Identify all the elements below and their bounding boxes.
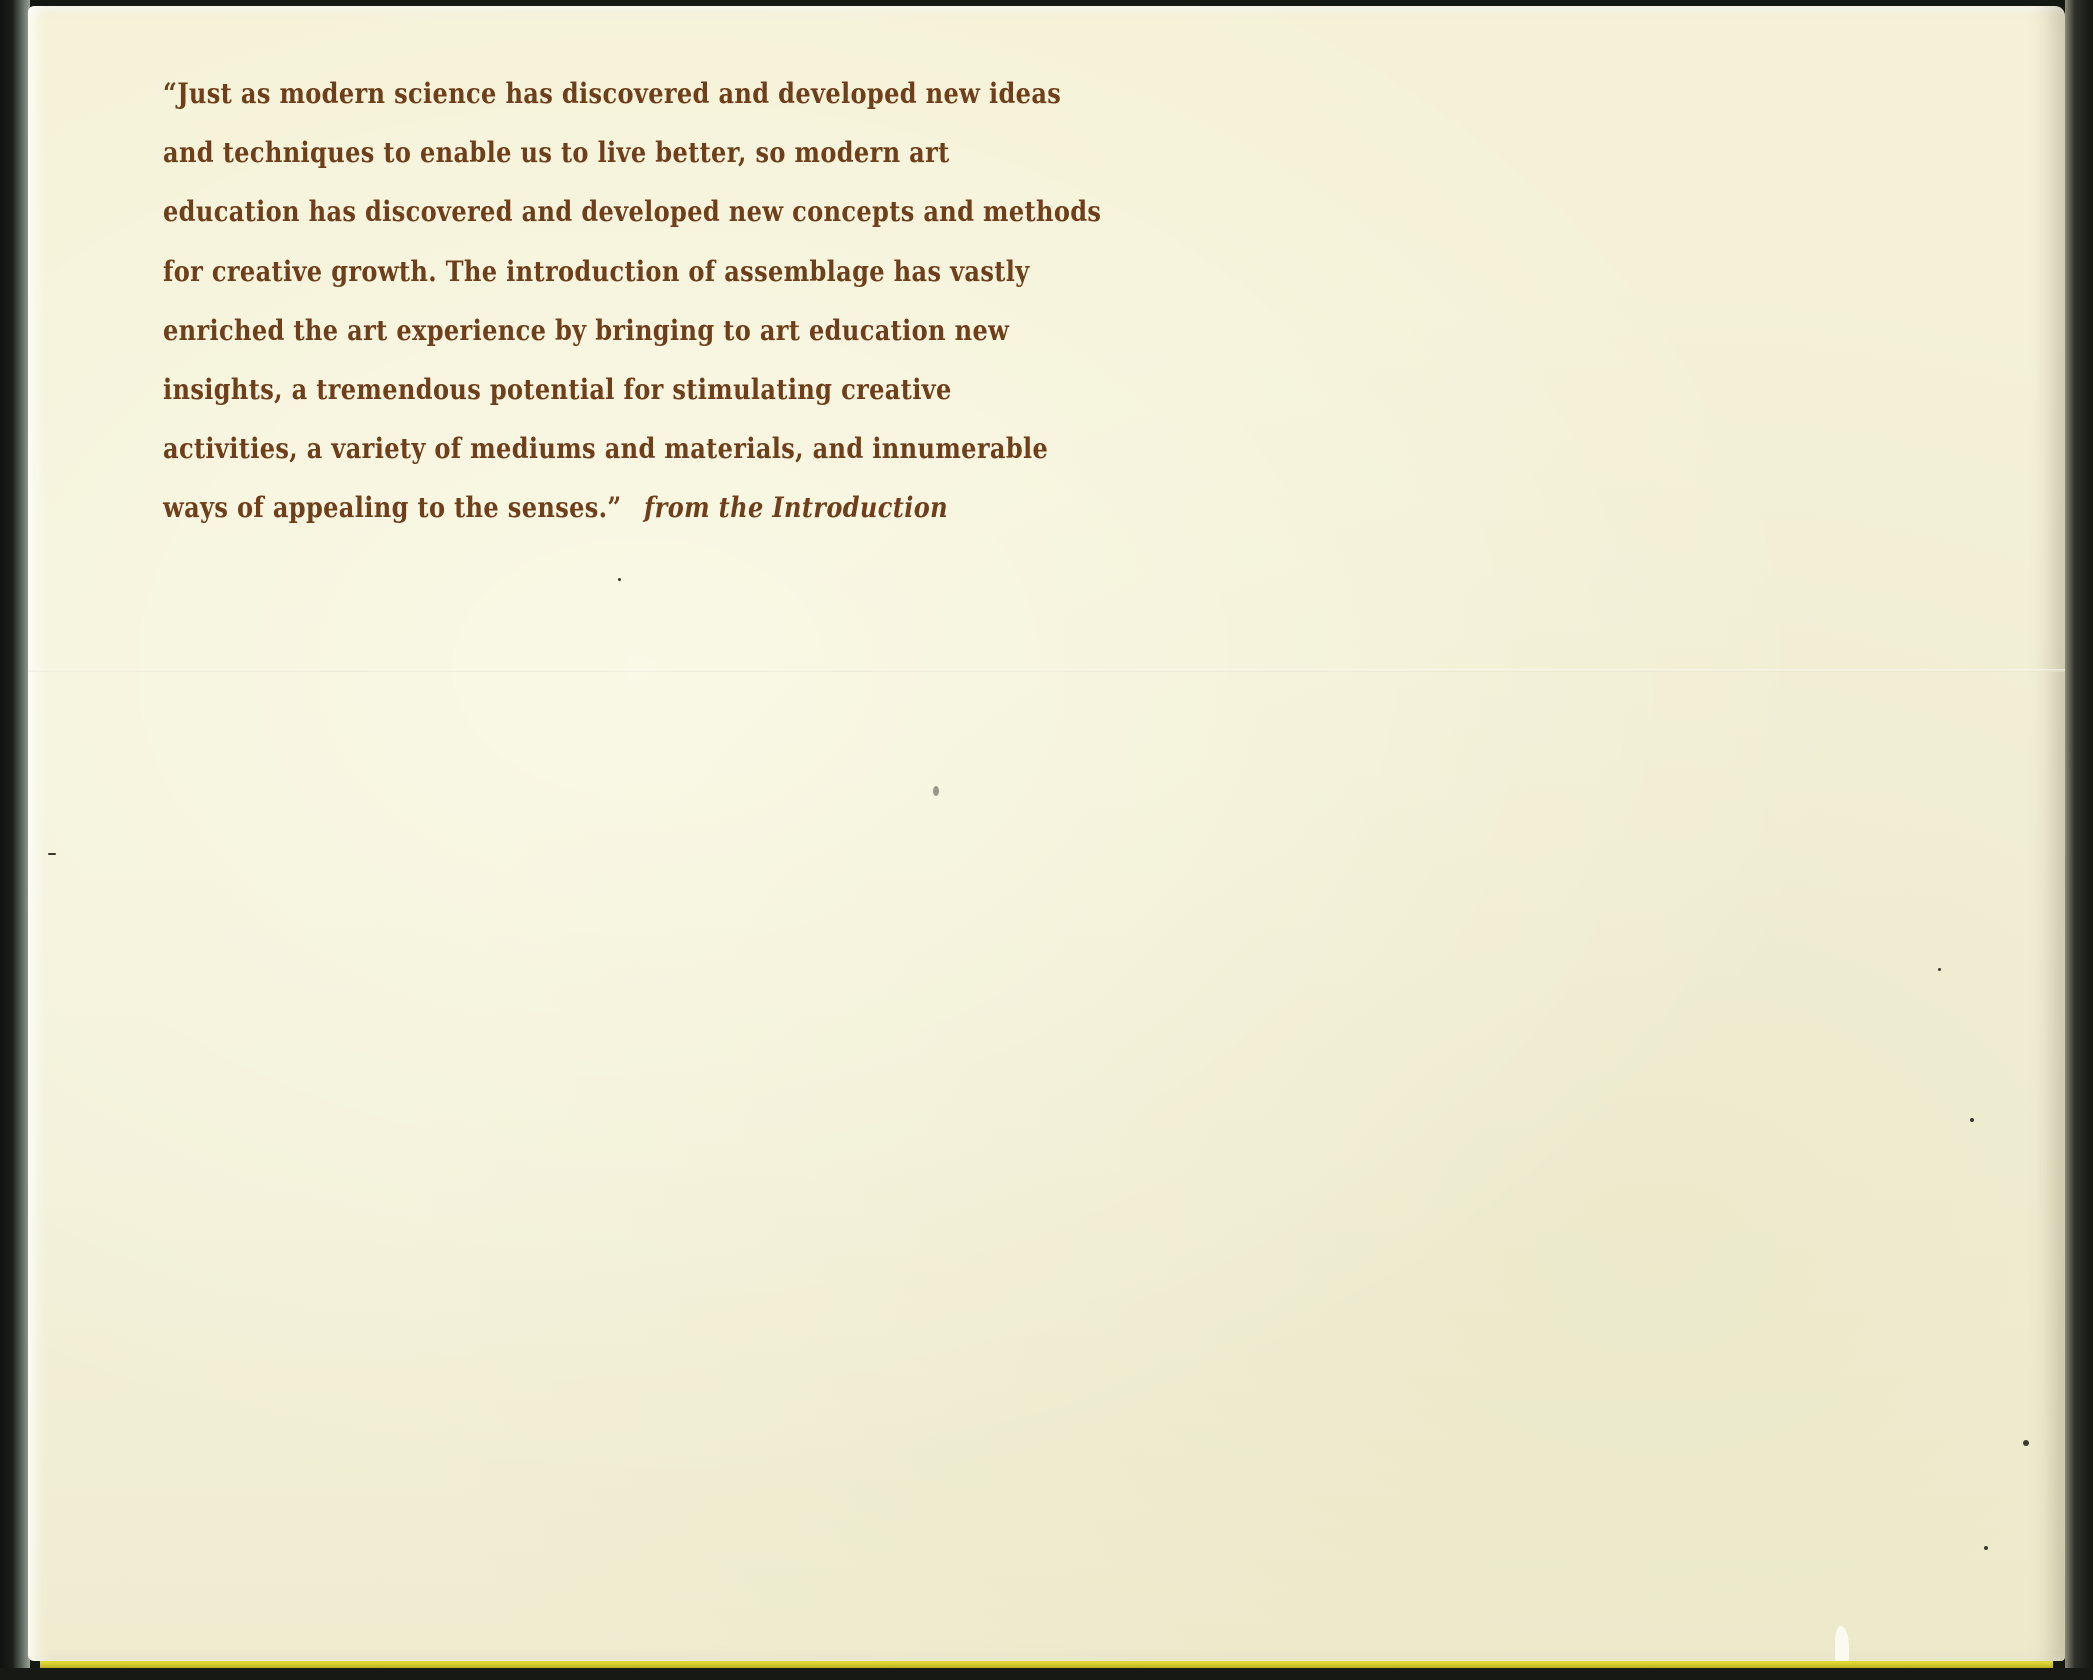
quote-last-line: ways of appealing to the senses.”from th…: [163, 478, 1229, 537]
quote-line: education has discovered and developed n…: [163, 182, 1229, 241]
quote-line: and techniques to enable us to live bett…: [163, 123, 1229, 182]
dust-jacket-back-panel: “Just as modern science has discovered a…: [28, 6, 2065, 1661]
paper-speck: [618, 578, 621, 581]
quote-line: activities, a variety of mediums and mat…: [163, 419, 1229, 478]
quote-line: insights, a tremendous potential for sti…: [163, 360, 1229, 419]
quote-attribution: from the Introduction: [644, 491, 948, 524]
paper-speck: [48, 853, 56, 855]
paper-speck: [1970, 1118, 1974, 1122]
quote-line: for creative growth. The introduction of…: [163, 242, 1229, 301]
paper-speck: [1984, 1546, 1988, 1550]
scan-background-left-edge: [0, 0, 30, 1680]
paper-speck: [933, 786, 939, 796]
paper-speck: [2023, 1440, 2029, 1446]
scan-background-right-edge: [2065, 0, 2093, 1680]
jacket-tear: [1835, 1626, 1849, 1661]
quote-line: enriched the art experience by bringing …: [163, 301, 1229, 360]
quote-line: “Just as modern science has discovered a…: [163, 64, 1229, 123]
scan-background-bottom-edge: [0, 1668, 2093, 1680]
scanned-book-cover: “Just as modern science has discovered a…: [0, 0, 2093, 1680]
jacket-fold-line: [28, 669, 2065, 672]
introduction-quote: “Just as modern science has discovered a…: [163, 64, 1229, 538]
quote-line-text: ways of appealing to the senses.”: [163, 491, 622, 524]
paper-speck: [1938, 968, 1941, 971]
